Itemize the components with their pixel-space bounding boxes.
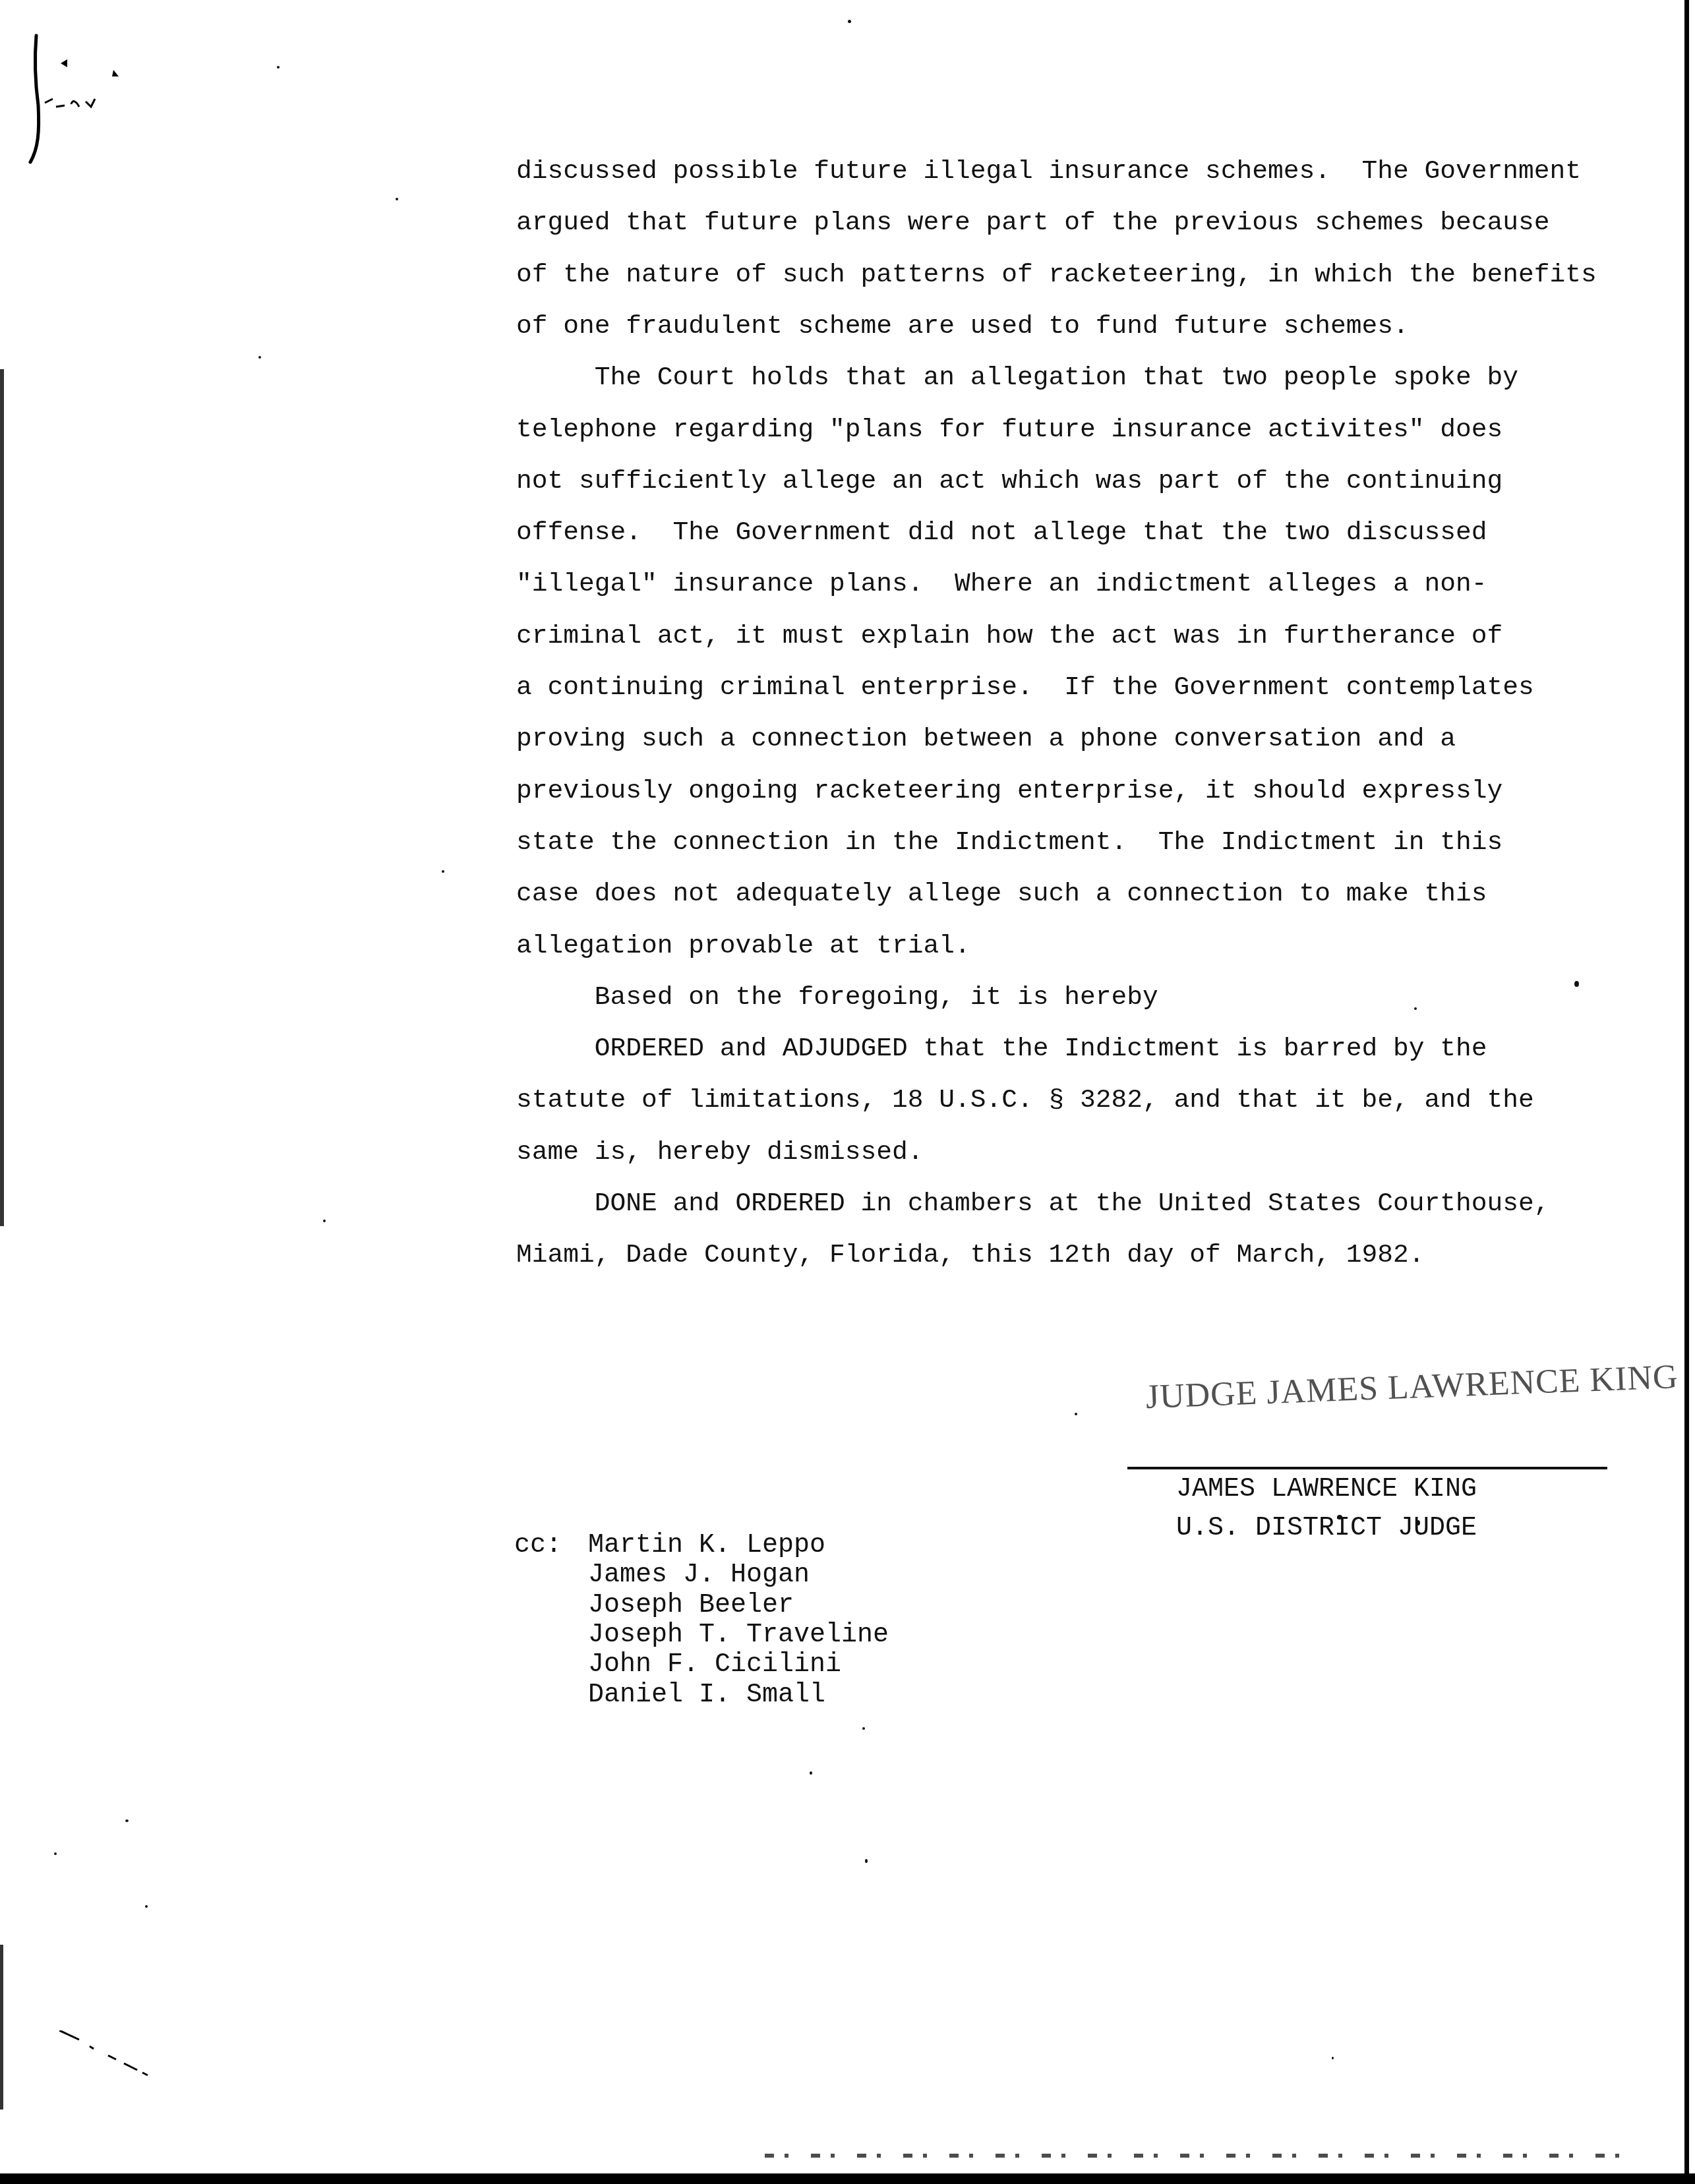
scan-border-bottom	[0, 2173, 1695, 2184]
stray-pen-mark	[59, 2030, 152, 2077]
body-line: telephone regarding "plans for future in…	[516, 414, 1502, 446]
scan-speck	[810, 1771, 812, 1775]
cc-label: cc:	[514, 1530, 562, 1562]
body-line: same is, hereby dismissed.	[516, 1136, 924, 1168]
cc-recipient: Martin K. Leppo	[588, 1530, 825, 1562]
scan-speck	[125, 1819, 129, 1822]
signature-line	[1127, 1467, 1607, 1469]
scan-speck	[848, 20, 851, 23]
cc-recipient: Joseph Beeler	[588, 1590, 794, 1622]
body-line: allegation provable at trial.	[516, 930, 970, 962]
handwritten-initials-mark	[26, 33, 198, 165]
scan-speck	[1574, 981, 1579, 987]
scan-speck	[442, 870, 444, 873]
body-line: Based on the foregoing, it is hereby	[516, 982, 1158, 1013]
scan-speck	[54, 1852, 57, 1855]
scan-speck	[1414, 1007, 1417, 1010]
body-line: "illegal" insurance plans. Where an indi…	[516, 568, 1487, 600]
body-line: The Court holds that an allegation that …	[516, 362, 1518, 394]
body-line: statute of limitations, 18 U.S.C. § 3282…	[516, 1084, 1534, 1116]
body-line: discussed possible future illegal insura…	[516, 156, 1581, 187]
body-line: proving such a connection between a phon…	[516, 723, 1456, 755]
judge-signature-stamp: JUDGE JAMES LAWRENCE KING	[1145, 1360, 1608, 1417]
scan-speck	[1337, 1515, 1342, 1520]
scan-speck	[396, 198, 398, 200]
body-line: Miami, Dade County, Florida, this 12th d…	[516, 1239, 1425, 1271]
cc-recipient: John F. Cicilini	[588, 1649, 841, 1681]
scan-speck	[277, 66, 280, 69]
cc-recipient: Daniel I. Small	[588, 1680, 825, 1711]
scan-speck	[1075, 1413, 1077, 1415]
document-page: discussed possible future illegal insura…	[0, 0, 1695, 2184]
scan-speck	[145, 1905, 148, 1908]
scan-border-right	[1684, 0, 1689, 2184]
body-line: of the nature of such patterns of racket…	[516, 259, 1597, 291]
body-line: criminal act, it must explain how the ac…	[516, 620, 1502, 652]
body-line: case does not adequately allege such a c…	[516, 878, 1487, 910]
scan-speck	[323, 1220, 326, 1222]
judge-name: JAMES LAWRENCE KING	[1176, 1474, 1477, 1506]
body-line: state the connection in the Indictment. …	[516, 827, 1502, 858]
body-line: argued that future plans were part of th…	[516, 207, 1550, 239]
scan-border-left-lower	[0, 1945, 3, 2110]
scan-speck	[258, 356, 261, 359]
scan-speck	[865, 1859, 868, 1863]
body-line: a continuing criminal enterprise. If the…	[516, 672, 1534, 703]
judge-title: U.S. DISTRICT JUDGE	[1176, 1513, 1477, 1545]
body-line: offense. The Government did not allege t…	[516, 517, 1487, 548]
body-line: previously ongoing racketeering enterpri…	[516, 775, 1502, 807]
body-line: DONE and ORDERED in chambers at the Unit…	[516, 1188, 1550, 1220]
scan-border-left	[0, 369, 4, 1226]
body-line: of one fraudulent scheme are used to fun…	[516, 310, 1409, 342]
scan-speck	[862, 1727, 865, 1730]
scan-noise-bottom	[765, 2154, 1622, 2158]
scan-speck	[1332, 2057, 1334, 2059]
body-line: not sufficiently allege an act which was…	[516, 465, 1502, 497]
cc-recipient: James J. Hogan	[588, 1560, 810, 1591]
cc-recipient: Joseph T. Traveline	[588, 1620, 889, 1651]
body-line: ORDERED and ADJUDGED that the Indictment…	[516, 1033, 1487, 1065]
scan-speck	[1416, 1520, 1420, 1525]
